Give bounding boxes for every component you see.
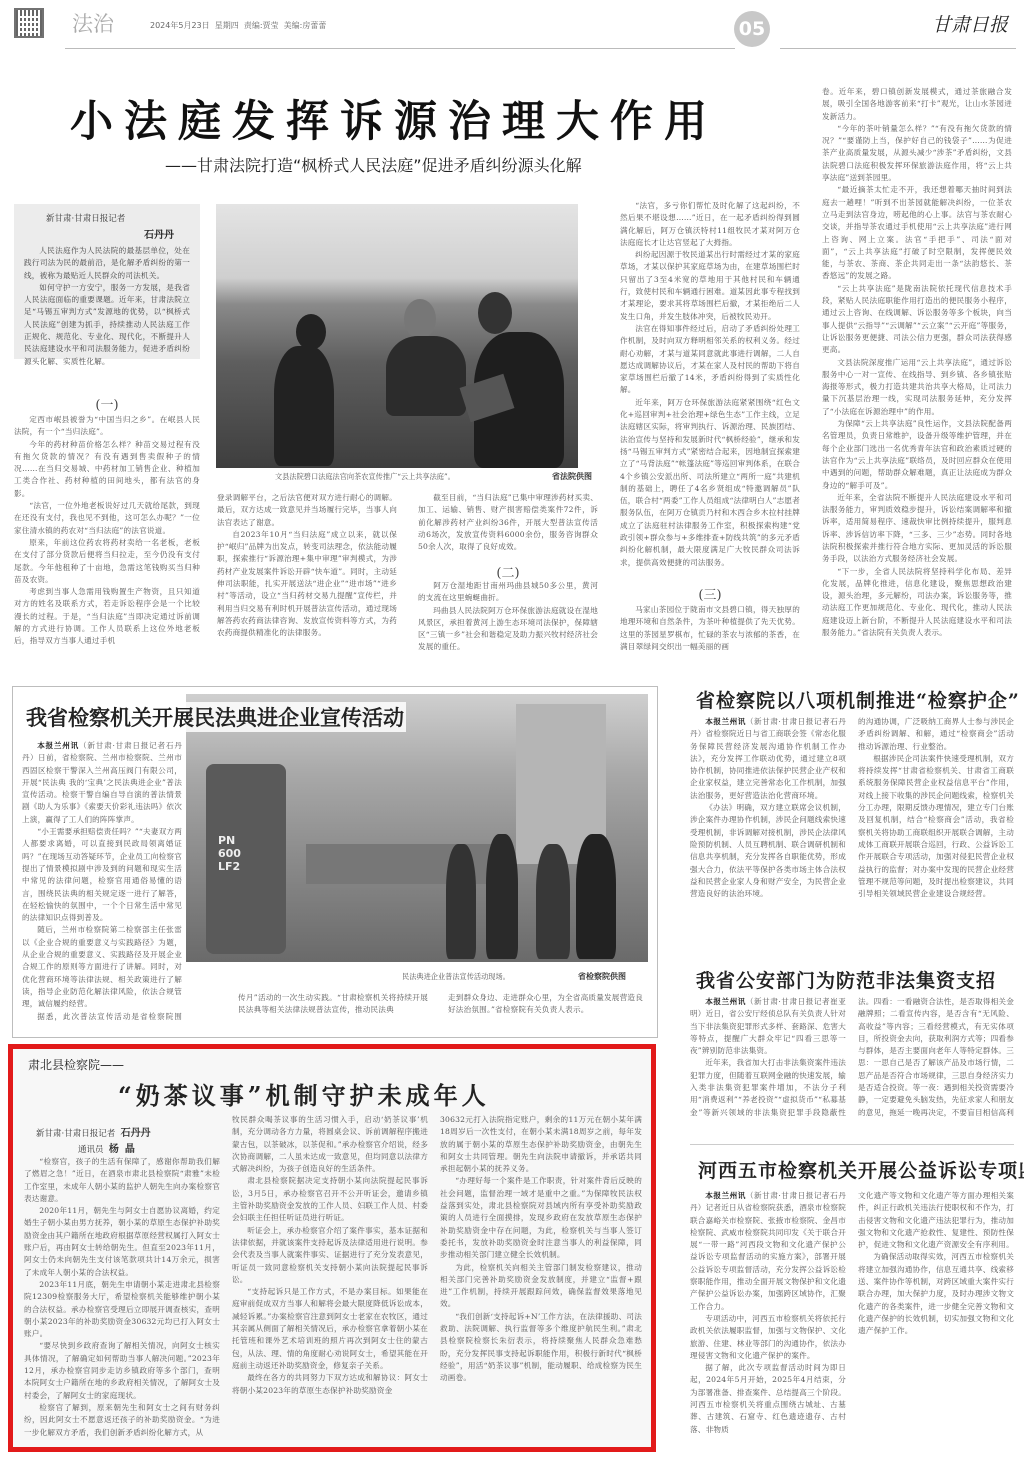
text: 近日，省公安厅经侦总队有关负责人针对当下非法集资犯罪形式多样、套路深、危害大等特… [690,1009,846,1055]
paragraph: 肃北县检察院据决定支持朝小某向法院提起民事诉讼，3月5日，承办检察官召开不公开听… [232,1175,428,1224]
fundraising-column-2: 法。四看：一看融资合法性，是否取得相关金融牌照；二看宣传内容，是否含有“无风险、… [858,996,1014,1120]
paragraph: 牧民群众喝茶议事的生活习惯入手，启动‘奶茶议事’机制，充分调动各方力量，将圆桌会… [232,1114,428,1175]
intro-paragraph: 人民法庭作为人民法院的最基层单位，处在践行司法为民的最前沿，是化解矛盾纠纷的第一… [24,245,190,282]
paragraph: “要尽快到乡政府查询了解相关情况，向阿女士核实具体情况，了解确定如何帮助当事人解… [24,1340,220,1401]
qr-code-icon [14,8,44,38]
designer: 美编:房蕾蕾 [284,21,327,30]
divider [690,1144,1014,1145]
paragraph: 今年的药材种苗价格怎么样？种苗交易过程有没有拖欠货款的情况？有没有遇到售卖假种子… [14,439,200,500]
paragraph: 原来，年前这位药农将药材卖给一名老板，老板在支付了部分货款后便将当归拉走，至今仍… [14,537,200,586]
masthead-logo: 甘肃日报 [932,10,1008,37]
paragraph: “支持起诉只是工作方式，不是办案目标。如果能在庭审前促成双方当事人和解将会最大限… [232,1286,428,1372]
paragraph: 听证会上，承办检察官介绍了案件事实，基本证据和法律依据，并就该案件支持起诉及法律… [232,1225,428,1286]
header-rule [65,48,735,49]
byline-name: 杨晶 [109,1144,141,1155]
paragraph: 登录调解平台，之后法官便对双方进行耐心的调解。最后，双方达成一致意见并当场履行完… [217,492,397,529]
tea-garden-photo [216,204,578,468]
lead-subheadline: ——甘肃法院打造“枫桥式人民法庭”促进矛盾纠纷源头化解 [165,153,582,176]
paragraph: 检察官了解到，原来朝先生和阿女士之间有财务纠纷，因此阿女士不愿意返还孩子的补助奖… [24,1402,220,1439]
milk-tea-column-1: “检察官，孩子的生活有保障了，感谢你帮助我们解了燃眉之急！”近日，在酒泉市肃北县… [24,1156,220,1442]
paragraph: 考虑到当事人急需用钱购置生产物资，且只知道对方的姓名及联系方式，若走诉讼程序会是… [14,586,200,647]
paragraph: 的沟通协调，广泛吸纳工商界人士参与涉民企矛盾纠纷调解、和解，通过“检察商会”活动… [858,716,1014,753]
paragraph: 截至目前，“当归法庭”已集中审理涉药材买卖、加工、运输、销售、财产损害赔偿类案件… [418,492,598,553]
byline-name: 石丹丹 [24,226,190,241]
paragraph: 法。四看：一看融资合法性，是否取得相关金融牌照；二看宣传内容，是否含有“无风险、… [858,996,1014,1120]
paragraph: 文化遗产等文物和文化遗产等方面办理相关案件，纠正行政机关违法行使职权和不作为，打… [858,1190,1014,1251]
paragraph: “我们创新‘支持起诉+N’工作方法，在法律援助、司法救助、法院调解、执行监督等多… [440,1311,642,1385]
milk-tea-column-3: 30632元打入法院指定账户，剩余的11万元在朝小某年满18周岁后一次性支付，在… [440,1114,642,1442]
issue-date: 2024年5月23日 [150,21,210,30]
text: 省检察院近日与省工商联会签《常态化服务保障民营经济发展沟通协作机制工作办法》，充… [690,729,846,799]
byline-org: 通讯员 [78,1145,104,1155]
enterprise-column-2: 传月”活动的一次生动实践。“甘肃检察机关将持续开展民法典等相关法律法规普法宣传，… [238,992,428,1020]
fundraising-column-1: 本报兰州讯（新甘肃·甘肃日报记者崔亚明）近日，省公安厅经侦总队有关负责人针对当下… [690,996,846,1120]
hexi-column-1: 本报兰州讯（新甘肃·甘肃日报记者石丹丹）记者近日从省检察院获悉，酒泉市检察院联合… [690,1190,846,1452]
paragraph: 近年来，全省法院不断提升人民法庭建设水平和司法服务能力，审判质效稳步提升，诉讼结… [822,492,1012,566]
milk-tea-kicker: 肃北县检察院—— [28,1056,124,1073]
paragraph: 自2023年10月“当归法庭”成立以来，就以保护“岷归”品牌为出发点，转变司法理… [217,529,397,640]
paragraph: 为保障“云上共享法庭”良性运作，文县法院配备两名管理员，负责日常维护，设备升级等… [822,418,1012,492]
paragraph: 随后，兰州市检察院第二检察部主任张雷以《企业合规的重要意义与实践路径》为题，从企… [22,924,182,1010]
lead-column-3b: 阿万仓湿地距甘南州玛曲县城50多公里，黄河的支流在这里蜿蜒曲折。 玛曲县人民法院… [418,580,598,675]
editor: 责编:贾莹 [244,21,279,30]
lead-column-1: 定西市岷县被誉为“中国当归之乡”。在岷县人民法院，有一个“当归法庭”。 今年的药… [14,414,200,676]
byline-org: 新甘肃·甘肃日报记者 [36,1129,115,1139]
paragraph: 《办法》明确，双方建立联席会议机制，涉企案件办理协作机制，涉民企问题线索快速受理… [690,802,846,900]
paragraph: “检察官，孩子的生活有保障了，感谢你帮助我们解了燃眉之急！”近日，在酒泉市肃北县… [24,1156,220,1205]
lead-column-4: “法官，多亏你们帮忙及时化解了这起纠纷，不然后果不堪设想……”近日，在一起矛盾纠… [620,200,800,596]
issue-weekday: 星期四 [215,21,239,30]
paragraph: “下一步，全省人民法院将坚持科学化布局、差异化发展，品牌化推进，信息化建设，聚焦… [822,566,1012,640]
paragraph: 文县法院深度推广运用“云上共享法庭”，通过诉讼服务中心一对一宣传、在线指导、到乡… [822,357,1012,418]
intro-paragraph: 如何守护一方安宁，服务一方发展，是我省人民法庭面临的重要课题。近年来，甘肃法院立… [24,282,190,368]
milk-tea-column-2: 牧民群众喝茶议事的生活习惯入手，启动‘奶茶议事’机制，充分调动各方力量，将圆桌会… [232,1114,428,1442]
paragraph: 本报兰州讯（新甘肃·甘肃日报记者崔亚明）近日，省公安厅经侦总队有关负责人针对当下… [690,996,846,1057]
paragraph: 近年来，阿万仓环保旅游法庭紧紧围绕“红色文化+巡回审判+社会治理+绿色生态”工作… [620,397,800,569]
paragraph: 2020年11月，朝先生与阿女士自愿协议离婚，约定婚生子朝小某由男方抚养，朝小某… [24,1205,220,1279]
paragraph: “办理好每一个案件是工作职责，针对案件背后反映的社会问题，监督治理一域才是重中之… [440,1175,642,1261]
paragraph: “云上共享法庭”是陇南法院依托现代信息技术手段，紧贴人民法庭职能作用打造出的便民… [822,283,1012,357]
paragraph: “今年的茶叶销量怎么样？”“有没有拖欠货款的情况？”“要谨防上当，保护好自己的钱… [822,123,1012,184]
dateline: 本报兰州讯 [37,741,79,750]
eight-mechanisms-title: 省检察院以八项机制推进“检察护企” [696,686,1020,713]
photo-caption: 文县法院碧口法庭法官向茶农宣传推广“云上共享法庭”。 [275,472,455,482]
paragraph: “小王需要承担赔偿责任吗？”“夫妻双方两人都要求离婚，可以直接到民政局领离婚证吗… [22,826,182,924]
dateline: 本报兰州讯 [705,997,746,1006]
text: 记者近日从省检察院获悉，酒泉市检察院联合嘉峪关市检察院、张掖市检察院、金昌市检察… [690,1203,846,1310]
hexi-title: 河西五市检察机关开展公益诉讼专项监督 [698,1156,1024,1183]
paragraph: 专项活动中，河西五市检察机关将依托行政机关依法履职监督，加强与文物保护、文化旅游… [690,1313,846,1362]
paragraph: 为此，检察机关向相关主管部门制发检察建议，推动相关部门完善补助奖励资金发放制度，… [440,1262,642,1311]
milk-tea-title: “奶茶议事”机制守护未成年人 [118,1076,490,1111]
section-marker-2: (二) [418,562,598,581]
lead-column-4b: 马家山茶园位于陇南市文县碧口镇，得天独厚的地理环境和自然条件，为茶叶种植提供了先… [620,604,800,676]
dateline: 本报兰州讯 [705,1191,746,1200]
section-marker-3: (三) [620,584,800,603]
issue-meta: 2024年5月23日 星期四 责编:贾莹 美编:房蕾蕾 [150,20,326,31]
paragraph: 为确保活动取得实效，河西五市检察机关将建立加强沟通协作，信息互通共享、线索移送、… [858,1251,1014,1337]
enterprise-story-title: 我省检察机关开展民法典进企业宣传活动 [24,702,406,732]
header-rule-right [780,48,1016,49]
paragraph: 玛曲县人民法院阿万仓环保旅游法庭就设在湿地风景区，承担着黄河上游生态环境司法保护… [418,605,598,654]
enterprise-visit-photo: PN600LF2 [186,694,648,962]
paragraph: 近年来，我省加大打击非法集资案件违法犯罪力度，但随着互联网金融的快速发展，输入类… [690,1057,846,1120]
lead-intro-box: 新甘肃·甘肃日报记者 石丹丹 人民法庭作为人民法院的最基层单位，处在践行司法为民… [14,204,200,359]
lead-column-2: 登录调解平台，之后法官便对双方进行耐心的调解。最后，双方达成一致意见并当场履行完… [217,492,397,672]
milk-tea-byline: 新甘肃·甘肃日报记者 石丹丹 [36,1124,151,1139]
lead-headline: 小法庭发挥诉源治理大作用 [70,88,718,149]
paragraph: 法官在得知事件经过后，启动了矛盾纠纷处理工作机制，及时向双方释明相邻关系的权利义… [620,323,800,397]
fundraising-title: 我省公安部门为防范非法集资支招 [696,966,996,993]
section-name: 法治 [72,8,114,38]
paragraph: 最终在各方的共同努力下双方达成和解协议：阿女士将朝小某2023年的草原生态保护补… [232,1372,428,1397]
paragraph: 卷。近年来，碧口镇创新发展模式，通过茶旅融合发展，吸引全国各地游客前来“打卡”观… [822,86,1012,123]
byline-name: 石丹丹 [121,1128,151,1139]
page-number: 05 [734,11,770,47]
paragraph: 据了解，此次专项监督活动时间为即日起，2024年5月开始，2025年4月结束，分… [690,1362,846,1436]
intro-text: 人民法庭作为人民法院的最基层单位，处在践行司法为民的最前沿，是化解矛盾纠纷的第一… [24,245,190,368]
text: 日前，省检察院、兰州市检察院、兰州市西固区检察干警深入兰州高压阀门有限公司，开展… [22,753,182,823]
paragraph: 本报兰州讯（新甘肃·甘肃日报记者石丹丹）省检察院近日与省工商联会签《常态化服务保… [690,716,846,802]
section-marker-1: (一) [14,394,200,413]
lead-column-5: 卷。近年来，碧口镇创新发展模式，通过茶旅融合发展，吸引全国各地游客前来“打卡”观… [822,86,1012,676]
paragraph: 马家山茶园位于陇南市文县碧口镇，得天独厚的地理环境和自然条件，为茶叶种植提供了先… [620,604,800,653]
paragraph: 阿万仓湿地距甘南州玛曲县城50多公里，黄河的支流在这里蜿蜒曲折。 [418,580,598,605]
enterprise-column-1: 本报兰州讯（新甘肃·甘肃日报记者石丹丹）日前，省检察院、兰州市检察院、兰州市西固… [22,740,182,1024]
lead-column-3: 截至目前，“当归法庭”已集中审理涉药材买卖、加工、运输、销售、财产损害赔偿类案件… [418,492,598,562]
eight-mechanisms-column-2: 的沟通协调，广泛吸纳工商界人士参与涉民企矛盾纠纷调解、和解，通过“检察商会”活动… [858,716,1014,954]
dateline: 本报兰州讯 [705,717,746,726]
photo-credit: 省法院供图 [552,471,592,482]
enterprise-photo-credit: 省检察院供图 [578,971,626,982]
enterprise-photo-caption: 民法典进企业普法宣传活动现场。 [402,972,510,982]
paragraph: “最近摘茶太忙走不开，我还想着哪天抽时间到法庭去一趟哩！”听到不出茶园就能解决纠… [822,184,1012,282]
paragraph: 定西市岷县被誉为“中国当归之乡”。在岷县人民法院，有一个“当归法庭”。 [14,414,200,439]
paragraph: 2023年11月底，朝先生申请朝小某走进肃北县检察院12309检察服务大厅，希望… [24,1279,220,1340]
paragraph: “法官，多亏你们帮忙及时化解了这起纠纷，不然后果不堪设想……”近日，在一起矛盾纠… [620,200,800,249]
paragraph: 根据涉民企司法案件快速受理机制，双方将持续发挥“甘肃省检察机关、甘肃省工商联系统… [858,753,1014,901]
paragraph: “法官，一位外地老板说好过几天就给尾款，到现在还没有支付，我也见不到他，这可怎么… [14,500,200,537]
paragraph: 30632元打入法院指定账户，剩余的11万元在朝小某年满18周岁后一次性支付，在… [440,1114,642,1175]
paragraph: 据悉，此次普法宣传活动是省检察院围绕“检察护企”“检护民生”专项行动，创新开展“… [22,1011,182,1024]
paragraph: 本报兰州讯（新甘肃·甘肃日报记者石丹丹）日前，省检察院、兰州市检察院、兰州市西固… [22,740,182,826]
enterprise-column-3: 走到群众身边、走进群众心里，为全省高质量发展营造良好法治氛围。”省检察院有关负责… [448,992,643,1020]
hexi-column-2: 文化遗产等文物和文化遗产等方面办理相关案件，纠正行政机关违法行使职权和不作为，打… [858,1190,1014,1452]
paragraph: 纠纷起因源于牧民道某出行时需经过才某的家庭草场，才某以保护其家庭草场为由，在建草… [620,249,800,323]
eight-mechanisms-column-1: 本报兰州讯（新甘肃·甘肃日报记者石丹丹）省检察院近日与省工商联会签《常态化服务保… [690,716,846,954]
milk-tea-byline-2: 通讯员 杨晶 [78,1140,141,1155]
byline-org: 新甘肃·甘肃日报记者 [24,212,190,224]
paragraph: 本报兰州讯（新甘肃·甘肃日报记者石丹丹）记者近日从省检察院获悉，酒泉市检察院联合… [690,1190,846,1313]
